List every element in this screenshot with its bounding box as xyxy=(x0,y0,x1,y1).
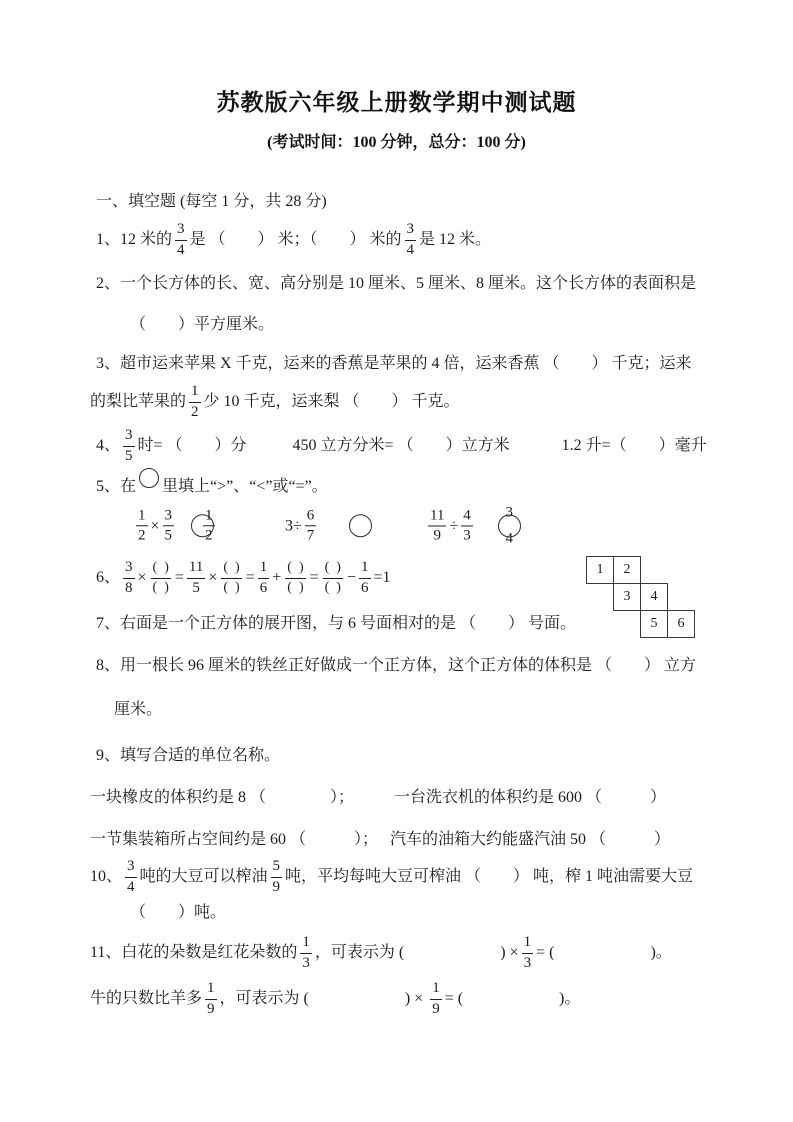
fraction: 35 xyxy=(123,427,135,465)
compare-circle-icon xyxy=(139,468,159,488)
fraction-denominator: 2 xyxy=(191,403,199,421)
question-2-line1: 2、一个长方体的长、宽、高分别是 10 厘米、5 厘米、8 厘米。这个长方体的表… xyxy=(96,272,696,296)
fraction-denominator: 3 xyxy=(524,954,532,972)
q11-text: 牛的只数比羊多 xyxy=(90,987,202,1011)
question-7: 7、右面是一个正方体的展开图，与 6 号面相对的是 （ ） 号面。 xyxy=(96,612,576,636)
compare-circle-icon xyxy=(349,515,372,538)
q5-text: 5、在 xyxy=(96,475,136,499)
fraction-numerator: 1 xyxy=(359,559,371,578)
fraction: 12 xyxy=(203,507,215,545)
equals-sign: = xyxy=(175,566,184,590)
q6-number: 6、 xyxy=(96,566,120,590)
fraction: 43 xyxy=(461,507,473,545)
fraction-numerator: 6 xyxy=(305,507,317,526)
fraction-numerator: 11 xyxy=(428,507,446,526)
q4-text: 时= （ ）分 xyxy=(138,434,247,458)
fraction-denominator: ( ) xyxy=(153,579,169,596)
fraction-denominator: 2 xyxy=(138,527,146,545)
q2-text: 2、一个长方体的长、宽、高分别是 10 厘米、5 厘米、8 厘米。这个长方体的表… xyxy=(96,272,696,296)
fraction-numerator: ( ) xyxy=(323,560,343,578)
multiply-sign: × xyxy=(138,566,147,590)
section-heading: 一、填空题 (每空 1 分，共 28 分) xyxy=(96,190,327,214)
fraction-denominator: 5 xyxy=(165,527,173,545)
fraction: 16 xyxy=(359,559,371,597)
fraction-denominator: 6 xyxy=(260,579,268,597)
q6-tail: =1 xyxy=(374,566,391,590)
fraction-denominator: 9 xyxy=(207,1000,215,1018)
q4-number: 4、 xyxy=(96,434,120,458)
q7-text: 7、右面是一个正方体的展开图，与 6 号面相对的是 （ ） 号面。 xyxy=(96,612,576,636)
fraction-numerator: 11 xyxy=(187,559,205,578)
divide-sign: ÷ xyxy=(449,514,458,538)
fraction-denominator: 7 xyxy=(307,527,315,545)
fraction: 119 xyxy=(428,507,446,545)
fraction-numerator: 3 xyxy=(125,858,137,877)
fraction-numerator: 5 xyxy=(271,858,283,877)
fraction-numerator: 1 xyxy=(189,383,201,402)
fraction: 67 xyxy=(305,507,317,545)
fraction-denominator: 9 xyxy=(433,527,441,545)
fraction-denominator: 4 xyxy=(505,532,513,547)
q10-text: （ ）吨。 xyxy=(130,901,226,925)
q9-text: 一节集装箱所占空间约是 60 （ ）； 汽车的油箱大约能盛汽油 50 （ ） xyxy=(90,828,670,852)
q8-text: 厘米。 xyxy=(114,698,162,722)
fraction-denominator: 9 xyxy=(432,1000,440,1018)
blank-fraction: ( )( ) xyxy=(221,560,241,595)
question-4: 4、 35 时= （ ）分 450 立方分米= （ ）立方米 1.2 升=（ ）… xyxy=(96,420,707,472)
q11-text: 11、白花的朵数是红花朵数的 xyxy=(90,941,297,965)
plus-sign: + xyxy=(272,566,281,590)
fraction-denominator: ( ) xyxy=(287,579,303,596)
fraction-numerator: 3 xyxy=(163,507,175,526)
multiply-sign: × xyxy=(208,566,217,590)
fraction-numerator: 1 xyxy=(522,934,534,953)
fraction-denominator: 4 xyxy=(177,241,185,259)
fraction: 12 xyxy=(136,507,148,545)
fraction-numerator: 1 xyxy=(205,980,217,999)
q1-text: 1、12 米的 xyxy=(96,228,172,252)
fraction-numerator: 3 xyxy=(123,427,135,446)
q5-expression-3: 119 ÷ 43 3 4 xyxy=(425,506,521,547)
q9-text: 一块橡皮的体积约是 8 （ ）； 一台洗衣机的体积约是 600 （ ） xyxy=(90,786,666,810)
fraction-numerator: 1 xyxy=(300,934,312,953)
q5-text: 里填上“>”、“<”或“=”。 xyxy=(162,475,328,499)
fraction-denominator: ( ) xyxy=(223,579,239,596)
question-10-line1: 10、 34 吨的大豆可以榨油 59 吨，平均每吨大豆可榨油 （ ） 吨，榨 1… xyxy=(90,851,693,903)
fraction-numerator: 3 xyxy=(405,221,417,240)
q3-text: 的梨比苹果的 xyxy=(90,390,186,414)
fraction-denominator: 6 xyxy=(361,579,369,597)
fraction-numerator: ( ) xyxy=(151,560,171,578)
fraction: 12 xyxy=(189,383,201,421)
fraction-numerator: 3 xyxy=(123,559,135,578)
exam-info: (考试时间：100 分钟，总分：100 分) xyxy=(0,129,793,152)
q11-text: = ( )。 xyxy=(536,941,672,965)
cube-net-diagram: 1 2 3 4 5 6 xyxy=(586,556,702,644)
question-1: 1、12 米的 34 是 （ ） 米；（ ） 米的 34 是 12 米。 xyxy=(96,214,491,266)
question-6: 6、 38 × ( )( ) = 115 × ( )( ) = 16 + ( )… xyxy=(96,552,391,604)
multiply-sign: × xyxy=(151,514,160,538)
question-9-heading: 9、填写合适的单位名称。 xyxy=(96,744,280,768)
fraction: 13 xyxy=(300,934,312,972)
fraction: 34 xyxy=(175,221,187,259)
q11-text: ，可表示为 ( ) × xyxy=(315,941,519,965)
fraction-denominator: 5 xyxy=(192,579,200,597)
blank-fraction: ( )( ) xyxy=(151,560,171,595)
test-paper-page: 苏教版六年级上册数学期中测试题 (考试时间：100 分钟，总分：100 分) 一… xyxy=(0,0,793,1122)
cube-net-cell: 6 xyxy=(667,610,695,638)
q10-text: 吨，平均每吨大豆可榨油 （ ） 吨，榨 1 吨油需要大豆 xyxy=(285,865,693,889)
cube-net-cell: 2 xyxy=(613,556,641,584)
q1-text: 是 12 米。 xyxy=(419,228,491,252)
question-11-line2: 牛的只数比羊多 19 ，可表示为 ( ) × 19 = ( )。 xyxy=(90,973,580,1025)
question-11-line1: 11、白花的朵数是红花朵数的 13 ，可表示为 ( ) × 13 = ( )。 xyxy=(90,927,672,979)
q11-text: ，可表示为 ( ) × xyxy=(220,987,428,1011)
fraction-numerator: ( ) xyxy=(221,560,241,578)
fraction: 19 xyxy=(205,980,217,1018)
cube-net-cell: 5 xyxy=(640,610,668,638)
q10-number: 10、 xyxy=(90,865,122,889)
fraction-denominator: 3 xyxy=(302,954,310,972)
cube-net-cell: 1 xyxy=(586,556,614,584)
blank-fraction: ( )( ) xyxy=(323,560,343,595)
fraction-denominator: 5 xyxy=(125,447,133,465)
equals-sign: = xyxy=(310,566,319,590)
question-2-line2: （ ）平方厘米。 xyxy=(130,313,274,337)
question-8-line2: 厘米。 xyxy=(114,698,162,722)
fraction-denominator: 3 xyxy=(463,527,471,545)
q4-text: 450 立方分米= （ ）立方米 xyxy=(293,434,510,458)
q5-expression-2: 3÷ 67 xyxy=(285,507,372,545)
fraction-denominator: 8 xyxy=(125,579,133,597)
fraction: 35 xyxy=(163,507,175,545)
cube-net-cell: 3 xyxy=(613,583,641,611)
q10-text: 吨的大豆可以榨油 xyxy=(140,865,268,889)
compare-circle-with-fraction: 3 4 xyxy=(498,506,521,547)
q9-text: 9、填写合适的单位名称。 xyxy=(96,744,280,768)
q5-expression-text: 3÷ xyxy=(285,514,302,538)
question-10-line2: （ ）吨。 xyxy=(130,901,226,925)
q3-text: 少 10 千克，运来梨 （ ） 千克。 xyxy=(204,390,460,414)
fraction: 38 xyxy=(123,559,135,597)
fraction-numerator: 4 xyxy=(461,507,473,526)
fraction-denominator: ( ) xyxy=(325,579,341,596)
fraction-numerator: 3 xyxy=(175,221,187,240)
fraction-numerator: 1 xyxy=(203,507,215,526)
q1-text: 是 （ ） 米；（ ） 米的 xyxy=(190,228,402,252)
fraction-numerator: 1 xyxy=(258,559,270,578)
fraction: 19 xyxy=(430,980,442,1018)
fraction-denominator: 9 xyxy=(273,878,281,896)
fraction: 13 xyxy=(522,934,534,972)
q4-text: 1.2 升=（ ）毫升 xyxy=(562,434,707,458)
question-3-line1: 3、超市运来苹果 X 千克，运来的香蕉是苹果的 4 倍，运来香蕉 （ ） 千克；… xyxy=(96,352,692,376)
q8-text: 8、用一根长 96 厘米的铁丝正好做成一个正方体，这个正方体的体积是 （ ） 立… xyxy=(96,654,696,678)
fraction-denominator: 4 xyxy=(407,241,415,259)
fraction-denominator: 4 xyxy=(127,878,135,896)
fraction-numerator: ( ) xyxy=(285,560,305,578)
q3-text: 3、超市运来苹果 X 千克，运来的香蕉是苹果的 4 倍，运来香蕉 （ ） 千克；… xyxy=(96,352,692,376)
cube-net-cell: 4 xyxy=(640,583,668,611)
fraction: 34 xyxy=(125,858,137,896)
section-heading-text: 一、填空题 (每空 1 分，共 28 分) xyxy=(96,190,327,214)
page-title: 苏教版六年级上册数学期中测试题 xyxy=(0,84,793,117)
fraction: 115 xyxy=(187,559,205,597)
question-9-line2: 一节集装箱所占空间约是 60 （ ）； 汽车的油箱大约能盛汽油 50 （ ） xyxy=(90,828,670,852)
fraction-numerator: 1 xyxy=(136,507,148,526)
equals-sign: = xyxy=(246,566,255,590)
question-9-line1: 一块橡皮的体积约是 8 （ ）； 一台洗衣机的体积约是 600 （ ） xyxy=(90,786,666,810)
q2-text: （ ）平方厘米。 xyxy=(130,313,274,337)
question-8-line1: 8、用一根长 96 厘米的铁丝正好做成一个正方体，这个正方体的体积是 （ ） 立… xyxy=(96,654,696,678)
fraction: 16 xyxy=(258,559,270,597)
question-5-expressions: 12 × 35 12 3÷ 67 119 ÷ 43 3 4 xyxy=(0,500,793,552)
compare-circle-with-fraction: 12 xyxy=(191,507,218,545)
q5-expression-1: 12 × 35 12 xyxy=(133,507,218,545)
fraction-denominator: 2 xyxy=(205,527,213,545)
blank-fraction: ( )( ) xyxy=(285,560,305,595)
q11-text: = ( )。 xyxy=(445,987,581,1011)
fraction-numerator: 1 xyxy=(430,980,442,999)
minus-sign: − xyxy=(347,566,356,590)
fraction: 34 xyxy=(405,221,417,259)
fraction: 59 xyxy=(271,858,283,896)
